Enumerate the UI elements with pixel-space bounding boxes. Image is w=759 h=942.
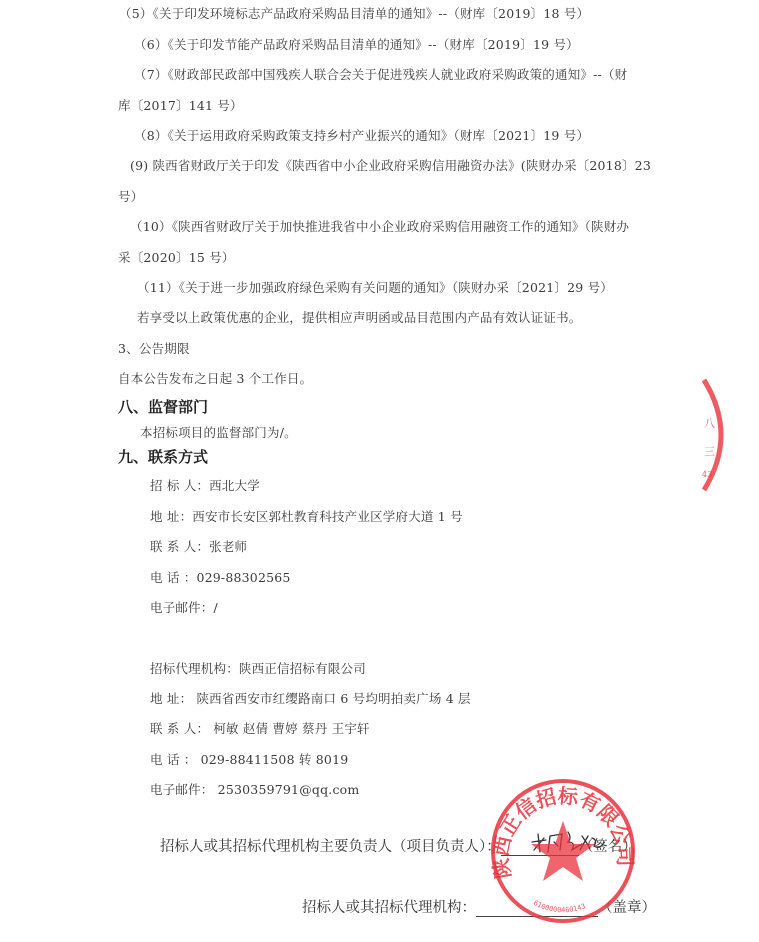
policy-note: 若享受以上政策优惠的企业，提供相应声明函或品目范围内产品有效认证证书。 <box>137 308 582 326</box>
policy-item-9-cont: 号） <box>118 187 143 205</box>
policy-item-6: （6）《关于印发节能产品政府采购品目清单的通知》--（财库〔2019〕19 号） <box>134 35 579 53</box>
svg-text:43: 43 <box>702 470 712 479</box>
section8-text: 本招标项目的监督部门为/。 <box>140 423 297 441</box>
partial-seal-icon: 八 三 43 <box>690 375 740 495</box>
svg-text:三: 三 <box>704 445 715 458</box>
notice-period-title: 3、公告期限 <box>118 339 190 357</box>
company-seal-icon: 陕西正信招标有限公司 6100000460143 <box>488 776 638 926</box>
agency-address: 地 址： 陕西省西安市红缨路南口 6 号均明拍卖广场 4 层 <box>150 689 471 707</box>
agency-phone: 电 话 ： 029-88411508 转 8019 <box>150 750 348 768</box>
stamp-label: 招标人或其招标代理机构： <box>302 900 476 916</box>
svg-text:6100000460143: 6100000460143 <box>532 899 587 914</box>
agency-name: 招标代理机构：陕西正信招标有限公司 <box>150 659 366 677</box>
policy-item-7: （7）《财政部民政部中国残疾人联合会关于促进残疾人就业政府采购政策的通知》--（… <box>134 65 627 83</box>
policy-item-7-cont: 库〔2017〕141 号） <box>118 96 243 114</box>
policy-item-9: (9) 陕西省财政厅关于印发《陕西省中小企业政府采购信用融资办法》(陕财办采〔2… <box>130 156 651 174</box>
policy-item-10-cont: 采〔2020〕15 号） <box>118 248 235 266</box>
notice-period-text: 自本公告发布之日起 3 个工作日。 <box>118 369 312 387</box>
svg-text:八: 八 <box>704 417 715 430</box>
tenderer-address: 地 址：西安市长安区郭杜教育科技产业区学府大道 1 号 <box>150 507 463 525</box>
tenderer-email: 电子邮件：/ <box>150 598 218 616</box>
policy-item-10: （10）《陕西省财政厅关于加快推进我省中小企业政府采购信用融资工作的通知》（陕财… <box>130 217 629 235</box>
tenderer-name: 招 标 人：西北大学 <box>150 476 260 494</box>
tenderer-phone: 电 话 ：029-88302565 <box>150 568 291 586</box>
policy-item-11: （11）《关于进一步加强政府绿色采购有关问题的通知》（陕财办采〔2021〕29 … <box>137 278 613 296</box>
policy-item-5: （5）《关于印发环境标志产品政府采购品目清单的通知》--（财库〔2019〕18 … <box>119 4 589 22</box>
policy-item-8: （8）《关于运用政府采购政策支持乡村产业振兴的通知》（财库〔2021〕19 号） <box>134 126 589 144</box>
tenderer-contact: 联 系 人：张老师 <box>150 537 247 555</box>
section9-heading: 九、联系方式 <box>118 446 208 467</box>
section8-heading: 八、监督部门 <box>118 396 208 417</box>
signature-label: 招标人或其招标代理机构主要负责人（项目负责人）： <box>160 839 501 855</box>
agency-email: 电子邮件： 2530359791@qq.com <box>150 780 359 798</box>
agency-contact: 联 系 人： 柯敏 赵倩 曹婷 蔡丹 王宇轩 <box>150 719 370 737</box>
